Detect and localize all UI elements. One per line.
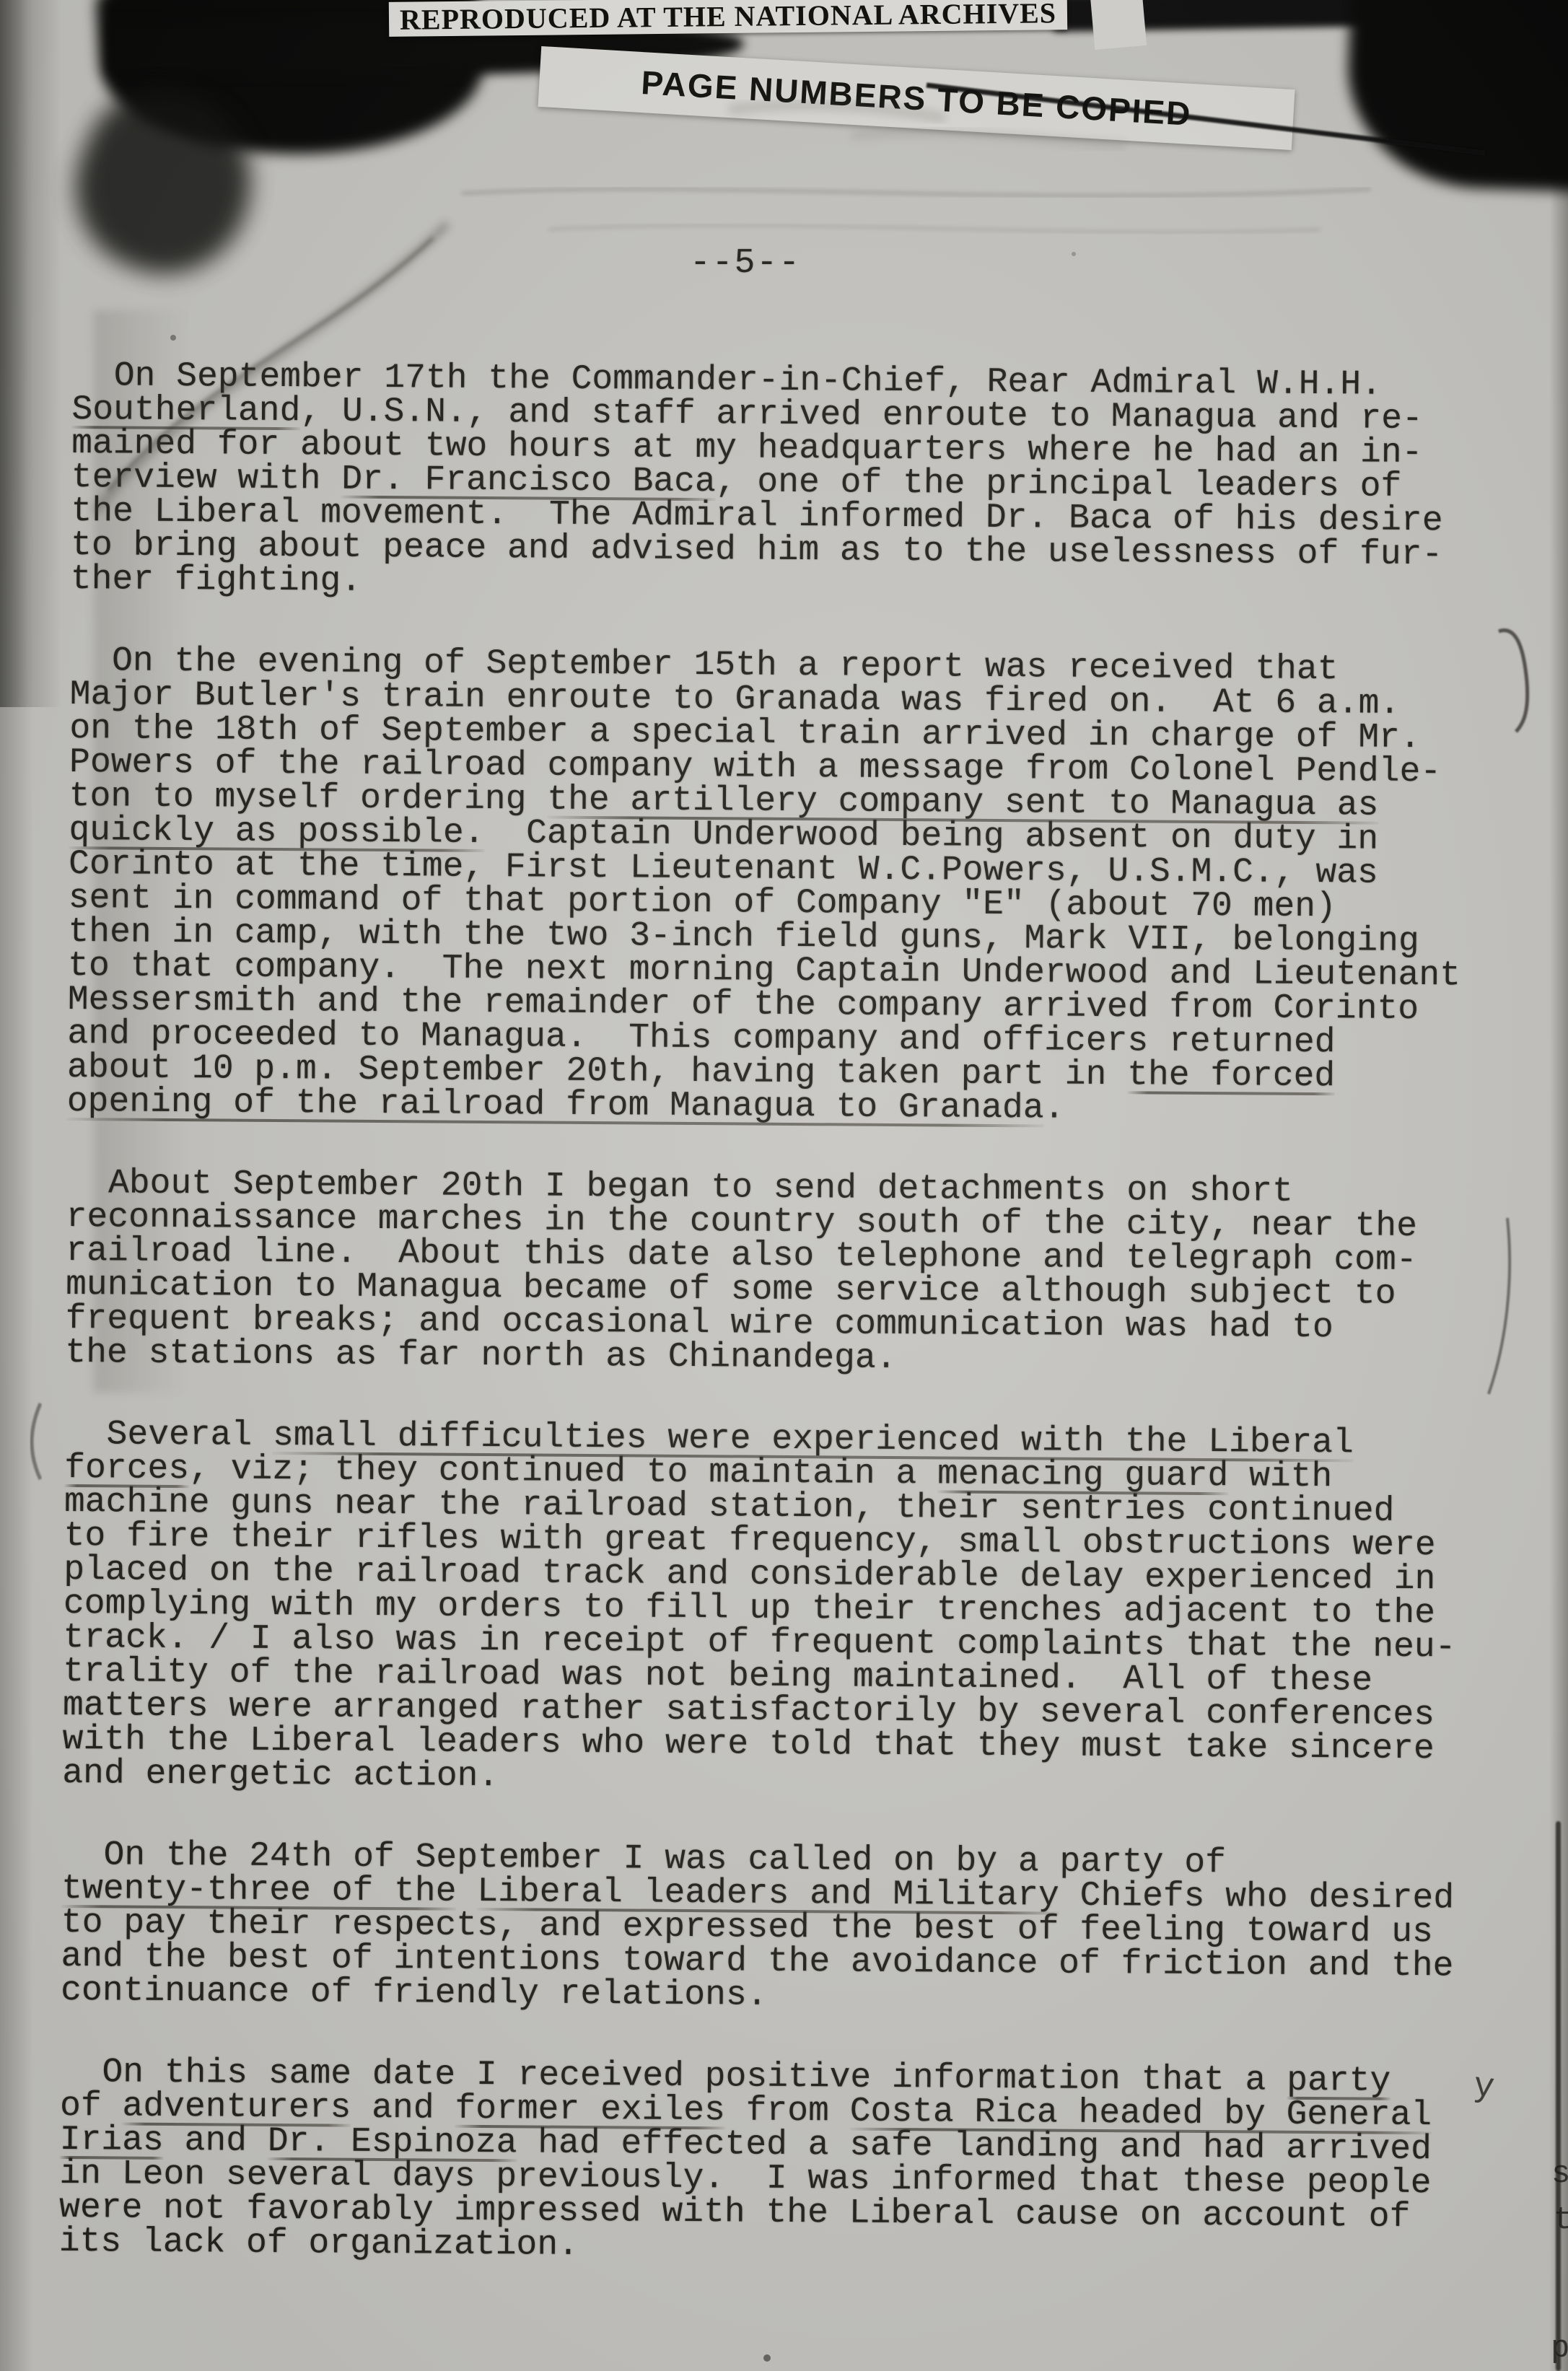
edge-bleed-fragment: p [1551, 2331, 1568, 2367]
ink-speck-2 [763, 2354, 771, 2362]
archives-banner: REPRODUCED AT THE NATIONAL ARCHIVES [389, 0, 1067, 37]
paragraph: About September 20th I began to send det… [65, 1167, 1502, 1380]
page-numbers-banner-label: PAGE NUMBERS TO BE COPIED [640, 63, 1193, 133]
paragraph: On the evening of September 15th a repor… [67, 644, 1507, 1129]
pencil-underline: opening of the railroad from Managua to … [67, 1082, 1044, 1128]
paragraph: On September 17th the Commander-in-Chief… [71, 359, 1508, 607]
page-numbers-banner: PAGE NUMBERS TO BE COPIED [538, 46, 1295, 150]
paragraph: Several small difficulties were experien… [62, 1418, 1501, 1801]
stray-glyph: y [1471, 2067, 1496, 2108]
right-binding-line [1556, 1821, 1561, 2371]
paper-wrinkle-line-2 [548, 225, 1320, 232]
pencil-underline: the forced [1127, 1056, 1335, 1096]
edge-bleed-fragment: t [1554, 2202, 1568, 2238]
left-scan-shadow-faint [0, 0, 33, 2371]
typed-body: On September 17th the Commander-in-Chief… [58, 359, 1508, 2317]
edge-bleed-fragment: s [1551, 2156, 1568, 2192]
paragraph: On this same date I received positive in… [59, 2056, 1497, 2269]
white-paper-notch [1090, 0, 1147, 50]
scanned-document: { "page": { "background": "#c8c7c3", "in… [0, 0, 1568, 2371]
ink-speck-3 [1072, 252, 1076, 256]
paragraph: On the 24th of September I was called on… [61, 1838, 1498, 2018]
page-number: --5-- [690, 244, 801, 283]
archives-banner-label: REPRODUCED AT THE NATIONAL ARCHIVES [400, 0, 1056, 36]
top-right-scan-blob [1344, 0, 1568, 192]
paper-wrinkle-line-1 [462, 189, 1371, 196]
